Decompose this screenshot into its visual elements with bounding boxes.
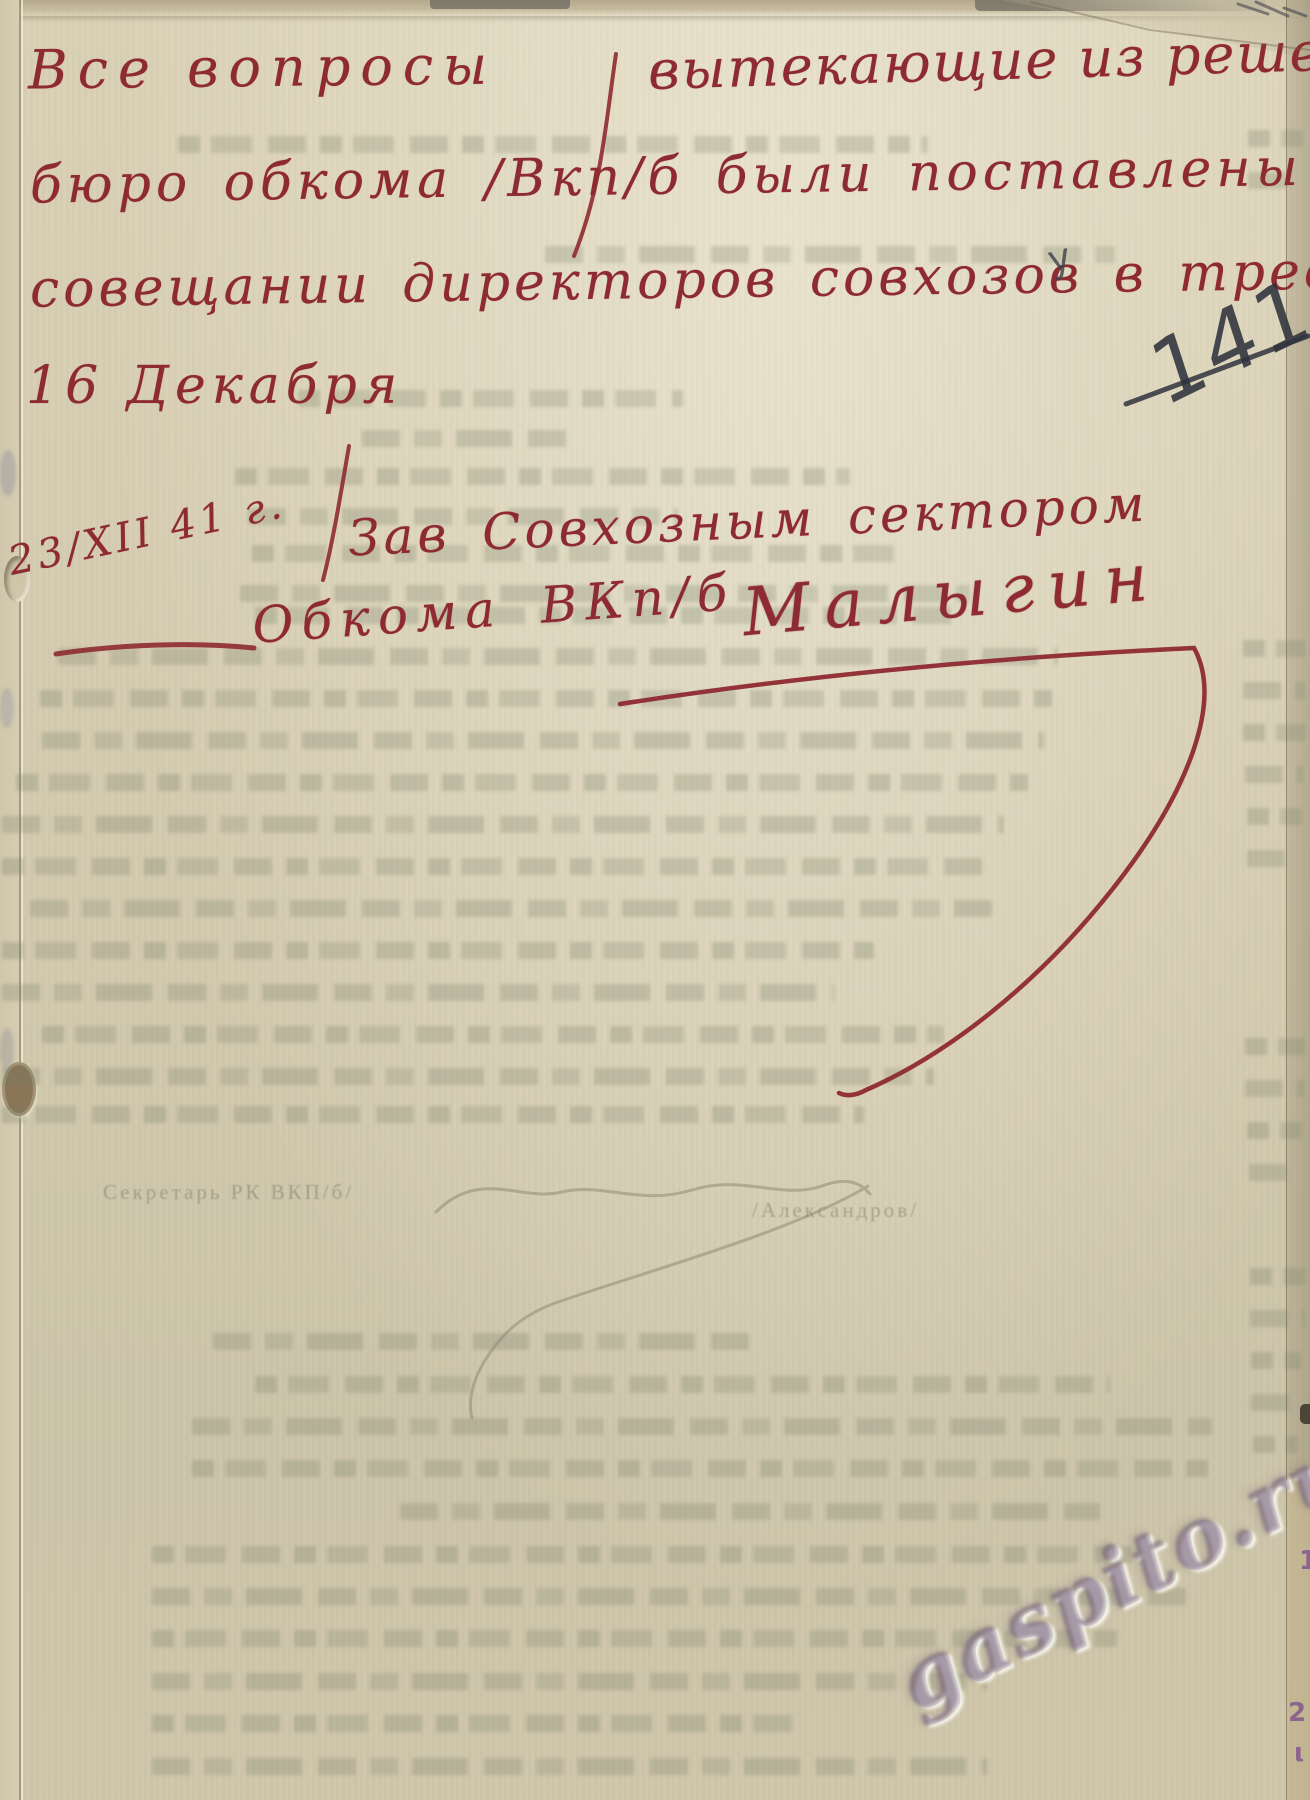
bleedthrough-line (1249, 1164, 1297, 1181)
bleedthrough-line (152, 1758, 987, 1775)
bleedthrough-line (1243, 724, 1305, 741)
top-edge-shadow (430, 0, 570, 9)
margin-smudge (0, 688, 14, 728)
bleedthrough-line (30, 900, 992, 917)
bleedthrough-line (58, 648, 1058, 665)
bleedthrough-line (42, 1026, 944, 1043)
bleedthrough-line (362, 430, 577, 447)
handwritten-line-1b: вытекающие из решения (647, 17, 1310, 102)
typed-secretary-title: Секретарь РК ВКП/б/ (103, 1180, 354, 1205)
bleedthrough-line (1250, 1310, 1305, 1327)
bleedthrough-line (1247, 808, 1302, 825)
handwritten-line-4: 16 Декабря (26, 356, 403, 416)
bleedthrough-line (1245, 1080, 1305, 1097)
bleedthrough-line (1247, 850, 1297, 867)
margin-smudge (0, 1028, 14, 1072)
bleedthrough-line (1247, 1122, 1302, 1139)
purple-margin-mark: ι (1294, 1738, 1304, 1768)
right-edge-nick (1300, 1404, 1310, 1424)
bleedthrough-line (1251, 1394, 1299, 1411)
bleedthrough-line (1245, 766, 1303, 783)
bleedthrough-line (400, 1503, 1100, 1520)
bleedthrough-line (2, 984, 834, 1001)
bleedthrough-line (16, 774, 1028, 791)
handwritten-line-1a: Все вопросы (28, 34, 498, 102)
left-binding-crease (19, 0, 25, 1800)
bleedthrough-line (40, 690, 1052, 707)
bleedthrough-line (213, 1333, 758, 1350)
bleedthrough-line (152, 1673, 987, 1690)
purple-margin-mark: 2 (1288, 1698, 1306, 1728)
bleedthrough-line (1243, 640, 1305, 657)
typed-secretary-name: /Александров/ (752, 1198, 919, 1223)
bleedthrough-line (1243, 682, 1305, 699)
handwritten-role-line-2: Обкома ВКп/б (251, 563, 738, 655)
document-page: Секретарь РК ВКП/б/ /Александров/ Все во… (0, 0, 1310, 1800)
handwritten-date: 23/XII 41 г. (4, 481, 289, 585)
purple-margin-mark: 1 (1299, 1546, 1310, 1576)
bleedthrough-line (255, 1376, 1110, 1393)
bleedthrough-line (2, 942, 874, 959)
bleedthrough-line (2, 1068, 934, 1085)
bleedthrough-line (152, 1546, 1157, 1563)
bleedthrough-line (2, 816, 1004, 833)
bleedthrough-line (192, 1418, 1212, 1435)
margin-smudge (0, 450, 16, 496)
bleedthrough-line (2, 1106, 864, 1123)
handwritten-line-3: совещании директоров совхозов в тресте (30, 240, 1310, 319)
bleedthrough-line (152, 1715, 792, 1732)
bleedthrough-line (2, 858, 994, 875)
bleedthrough-line (192, 1460, 1210, 1477)
bleedthrough-line (1245, 1038, 1305, 1055)
bleedthrough-line (42, 732, 1044, 749)
bleedthrough-line (1251, 1352, 1301, 1369)
bleedthrough-line (1250, 1268, 1305, 1285)
bleedthrough-line (235, 468, 850, 485)
left-margin-strip (0, 0, 20, 1800)
